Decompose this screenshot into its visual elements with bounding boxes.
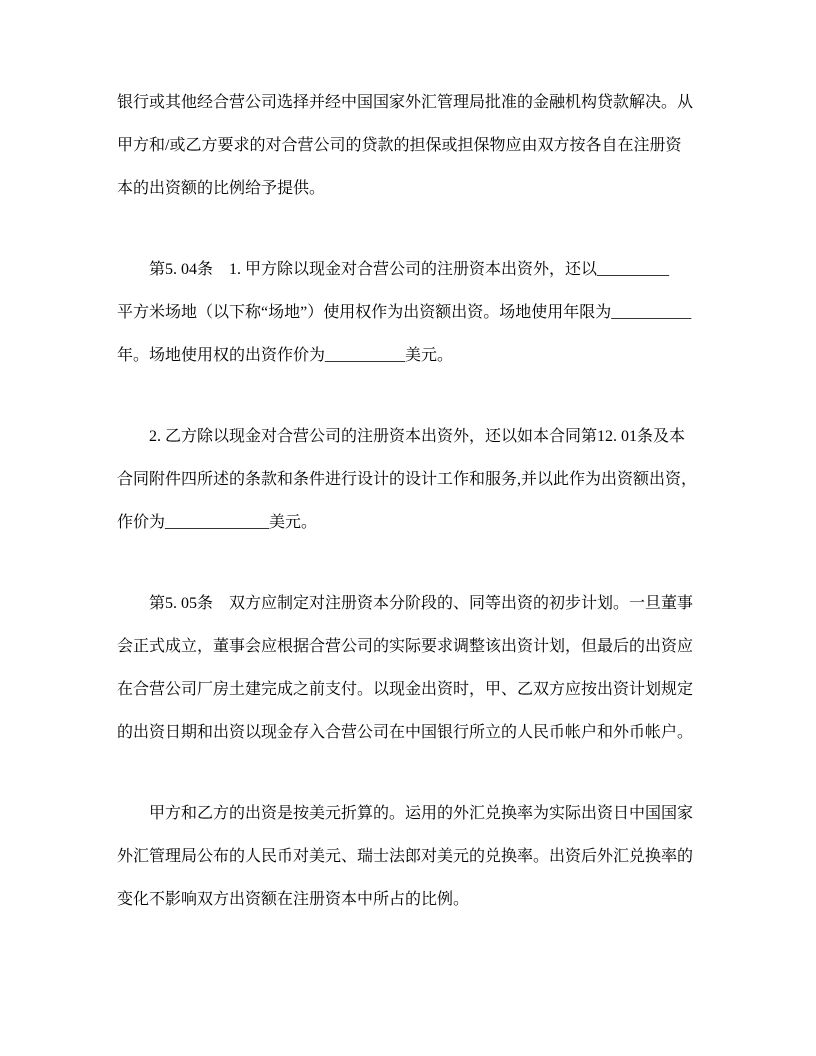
- document-page: 银行或其他经合营公司选择并经中国国家外汇管理局批准的金融机构贷款解决。从 甲方和…: [0, 0, 816, 1056]
- paragraph-exchange-rate: 甲方和乙方的出资是按美元折算的。运用的外汇兑换率为实际出资日中国国家 外汇管理局…: [117, 792, 756, 921]
- paragraph-clause-5-03-continuation: 银行或其他经合营公司选择并经中国国家外汇管理局批准的金融机构贷款解决。从 甲方和…: [117, 81, 756, 210]
- paragraph-clause-5-04-item-2: 2. 乙方除以现金对合营公司的注册资本出资外，还以如本合同第12. 01条及本 …: [117, 415, 756, 544]
- paragraph-clause-5-05: 第5. 05条 双方应制定对注册资本分阶段的、同等出资的初步计划。一旦董事 会正…: [117, 582, 756, 754]
- paragraph-clause-5-04-item-1: 第5. 04条 1. 甲方除以现金对合营公司的注册资本出资外，还以_______…: [117, 248, 756, 377]
